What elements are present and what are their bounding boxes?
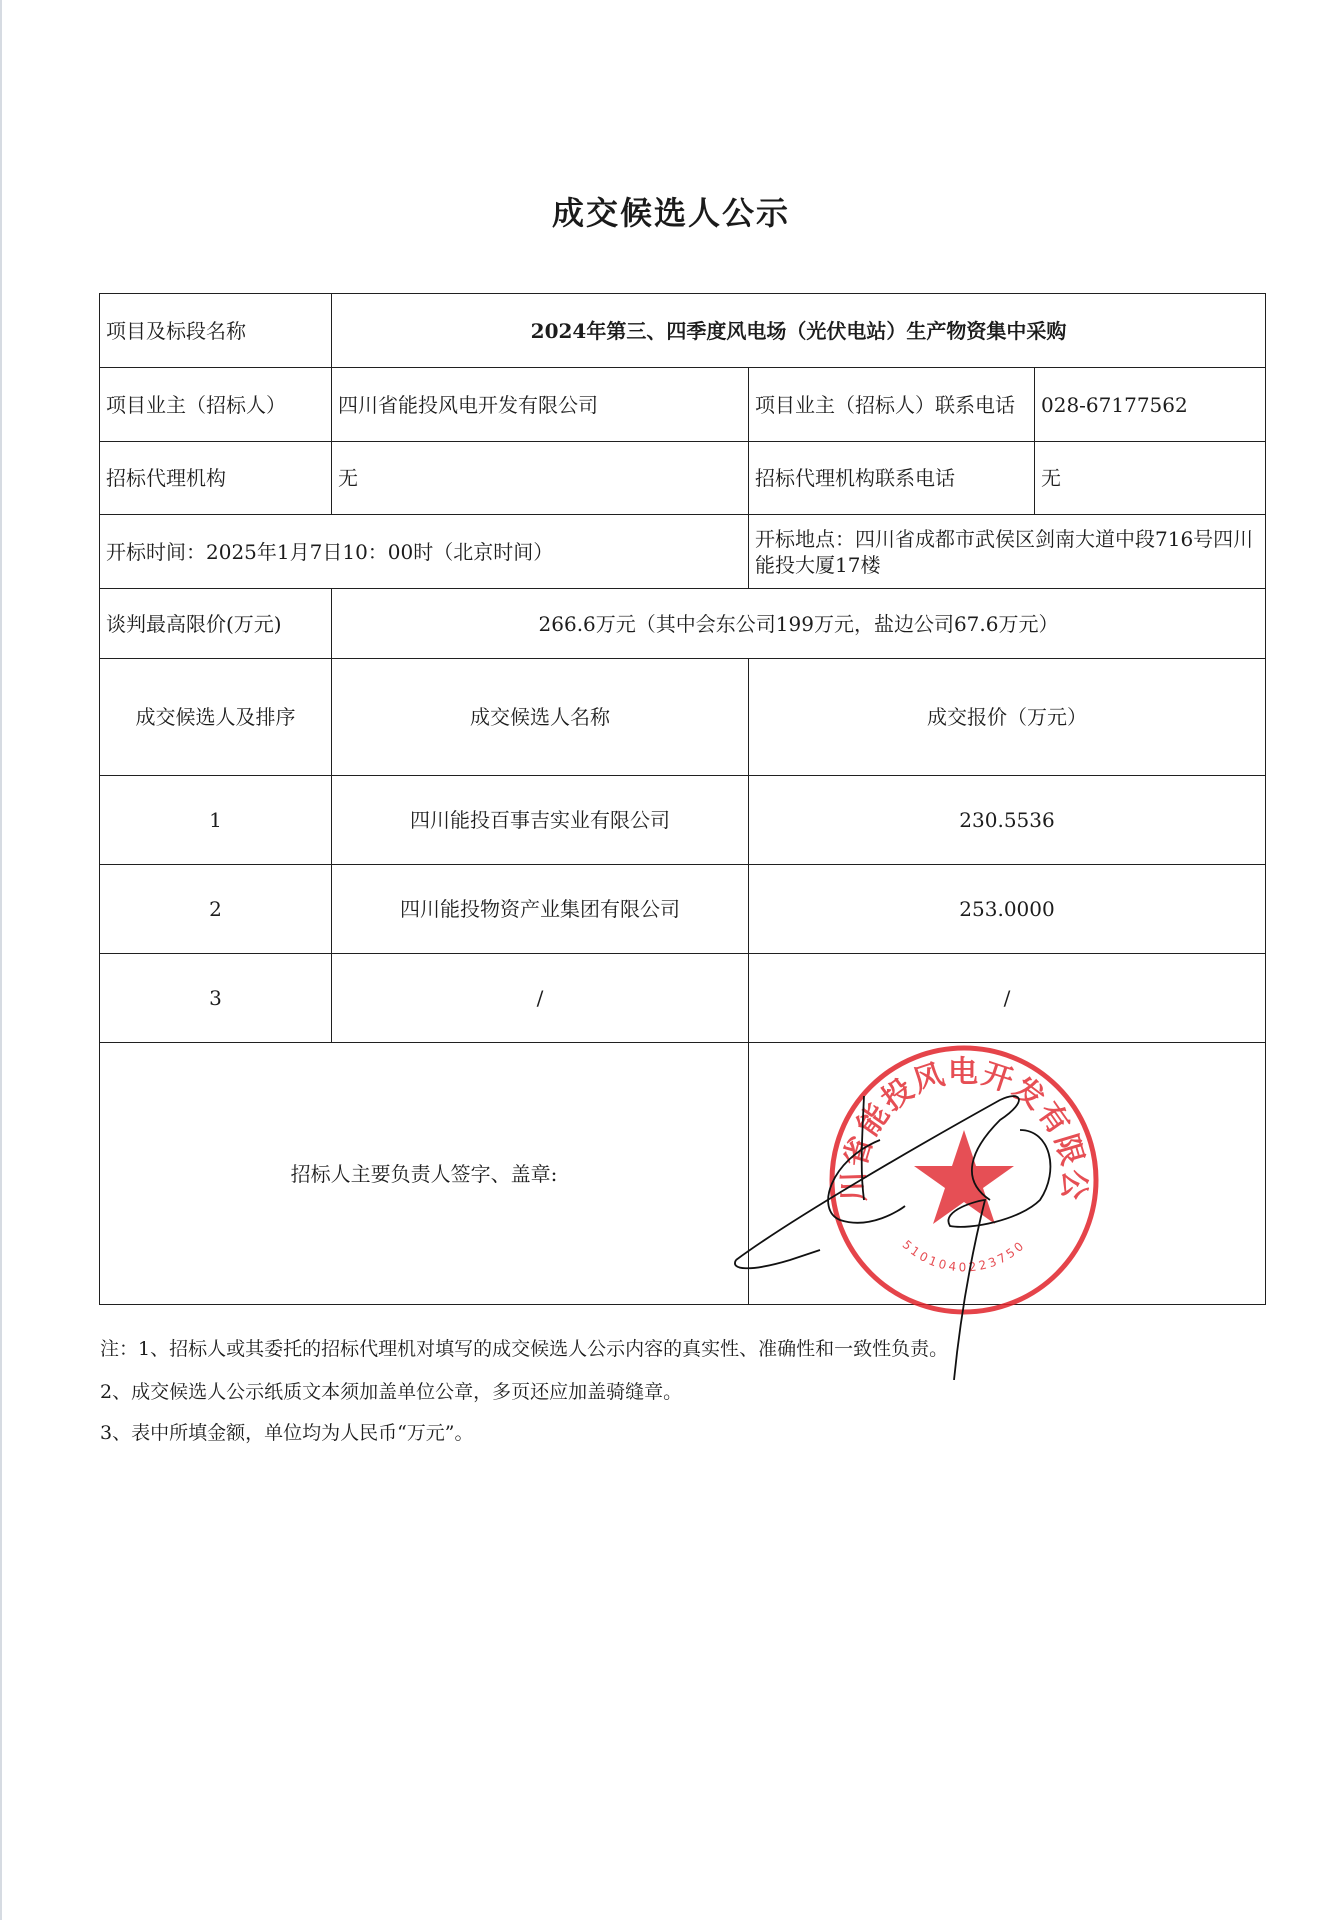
note-2: 2、成交候选人公示纸质文本须加盖单位公章，多页还应加盖骑缝章。 — [100, 1377, 682, 1404]
owner-label: 项目业主（招标人） — [99, 367, 332, 442]
project-value: 2024年第三、四季度风电场（光伏电站）生产物资集中采购 — [331, 293, 1266, 368]
agency-phone-value: 无 — [1034, 441, 1266, 515]
header-rank: 成交候选人及排序 — [99, 658, 332, 776]
agency-phone-label: 招标代理机构联系电话 — [748, 441, 1035, 515]
official-seal-icon: 四川省能投风电开发有限公司 5101040223750 — [826, 1042, 1102, 1318]
candidate-3-name: / — [331, 953, 749, 1043]
owner-phone-label: 项目业主（招标人）联系电话 — [748, 367, 1035, 442]
candidate-3-price: / — [748, 953, 1266, 1043]
max-price-label: 谈判最高限价(万元) — [99, 588, 332, 659]
agency-label: 招标代理机构 — [99, 441, 332, 515]
owner-value: 四川省能投风电开发有限公司 — [331, 367, 749, 442]
opening-time: 开标时间：2025年1月7日10：00时（北京时间） — [99, 514, 749, 589]
owner-phone-value: 028-67177562 — [1034, 367, 1266, 442]
candidate-3-rank: 3 — [99, 953, 332, 1043]
page-title: 成交候选人公示 — [0, 188, 1342, 234]
opening-place: 开标地点：四川省成都市武侯区剑南大道中段716号四川能投大厦17楼 — [748, 514, 1266, 589]
candidate-1-name: 四川能投百事吉实业有限公司 — [331, 775, 749, 865]
max-price-value: 266.6万元（其中会东公司199万元，盐边公司67.6万元） — [331, 588, 1266, 659]
page-edge — [0, 0, 2, 1920]
project-label: 项目及标段名称 — [99, 293, 332, 368]
svg-text:5101040223750: 5101040223750 — [900, 1237, 1029, 1274]
candidate-1-price: 230.5536 — [748, 775, 1266, 865]
candidate-2-name: 四川能投物资产业集团有限公司 — [331, 864, 749, 954]
candidate-2-price: 253.0000 — [748, 864, 1266, 954]
agency-value: 无 — [331, 441, 749, 515]
header-name: 成交候选人名称 — [331, 658, 749, 776]
signature-label: 招标人主要负责人签字、盖章: — [99, 1042, 749, 1305]
note-1: 注：1、招标人或其委托的招标代理机对填写的成交候选人公示内容的真实性、准确性和一… — [100, 1334, 948, 1361]
candidate-1-rank: 1 — [99, 775, 332, 865]
note-3: 3、表中所填金额，单位均为人民币“万元”。 — [100, 1418, 474, 1445]
header-price: 成交报价（万元） — [748, 658, 1266, 776]
seal-serial: 5101040223750 — [900, 1237, 1029, 1274]
candidate-2-rank: 2 — [99, 864, 332, 954]
